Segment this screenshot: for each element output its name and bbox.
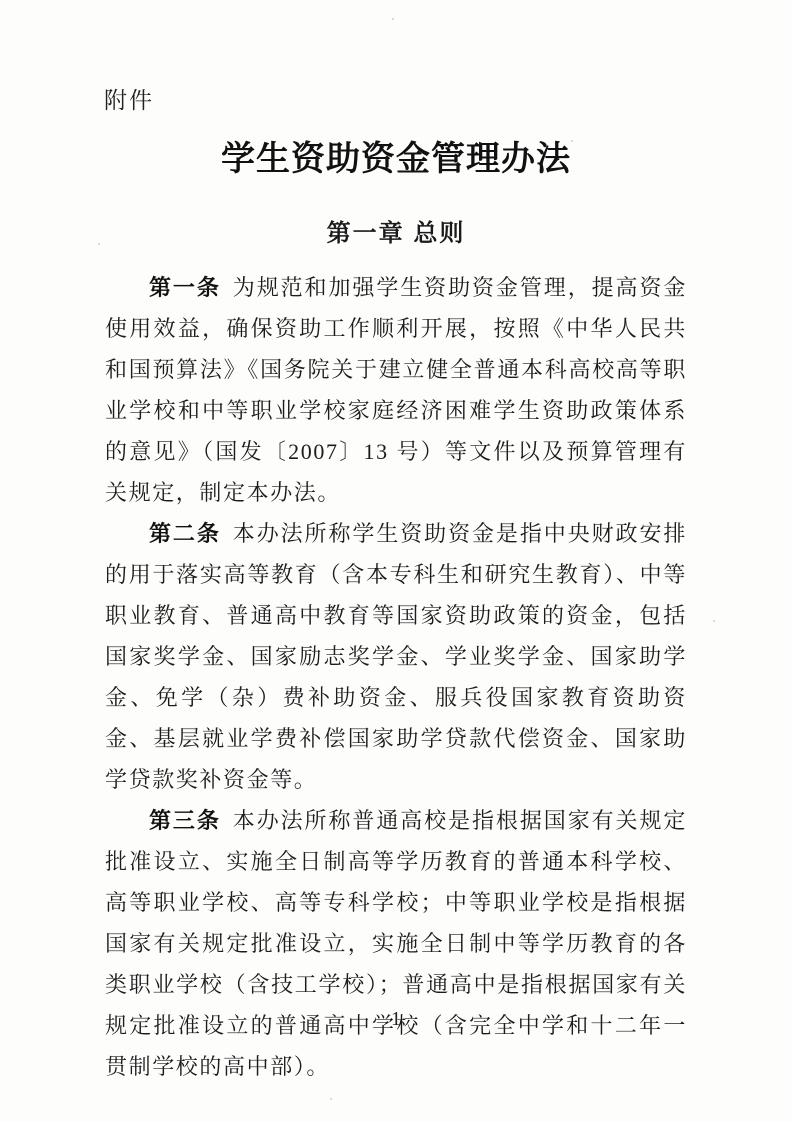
attachment-label: 附件 (104, 82, 154, 115)
article-1-paragraph: 第一条为规范和加强学生资助资金管理，提高资金使用效益，确保资助工作顺利开展，按照… (105, 267, 687, 513)
scanned-document-page: 附件 学生资助资金管理办法 第一章 总则 第一条为规范和加强学生资助资金管理，提… (0, 0, 792, 1122)
article-1-text: 为规范和加强学生资助资金管理，提高资金使用效益，确保资助工作顺利开展，按照《中华… (105, 275, 687, 505)
chapter-heading: 第一章 总则 (0, 213, 792, 248)
article-3-text: 本办法所称普通高校是指根据国家有关规定批准设立、实施全日制高等学历教育的普通本科… (105, 808, 687, 1079)
document-body: 第一条为规范和加强学生资助资金管理，提高资金使用效益，确保资助工作顺利开展，按照… (105, 267, 687, 1087)
scan-speck (392, 18, 394, 20)
page-number: 1 (0, 1008, 792, 1031)
scan-speck (330, 1098, 332, 1100)
article-2-text: 本办法所称学生资助资金是指中央财政安排的用于落实高等教育（含本专科生和研究生教育… (105, 521, 687, 792)
article-2-paragraph: 第二条本办法所称学生资助资金是指中央财政安排的用于落实高等教育（含本专科生和研究… (105, 513, 687, 800)
article-3-paragraph: 第三条本办法所称普通高校是指根据国家有关规定批准设立、实施全日制高等学历教育的普… (105, 800, 687, 1087)
article-3-label: 第三条 (149, 808, 221, 833)
document-title: 学生资助资金管理办法 (0, 131, 792, 180)
article-1-label: 第一条 (149, 275, 221, 300)
article-2-label: 第二条 (149, 521, 221, 546)
scan-speck (713, 620, 715, 622)
